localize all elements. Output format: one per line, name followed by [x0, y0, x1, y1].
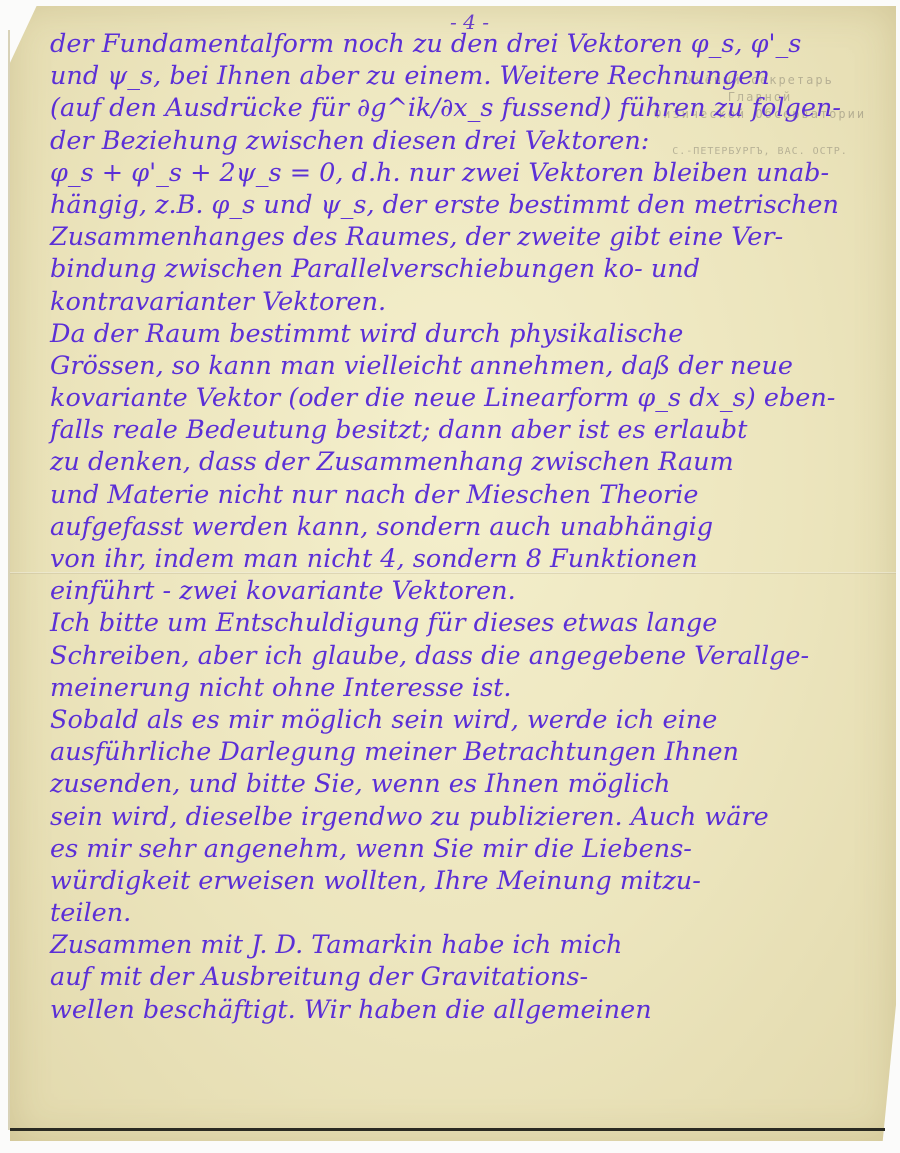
text-line: zu denken, dass der Zusammenhang zwische…: [50, 446, 890, 478]
text-line: der Beziehung zwischen diesen drei Vekto…: [50, 125, 890, 157]
text-line: sein wird, dieselbe irgendwo zu publizie…: [50, 801, 890, 833]
text-line: kontravarianter Vektoren.: [50, 286, 890, 318]
text-line: ausführliche Darlegung meiner Betrachtun…: [50, 736, 890, 768]
text-line: hängig, z.B. φ_s und ψ_s, der erste best…: [50, 189, 890, 221]
text-line: falls reale Bedeutung besitzt; dann aber…: [50, 414, 890, 446]
text-line: Schreiben, aber ich glaube, dass die ang…: [50, 640, 890, 672]
text-line: Zusammen mit J. D. Tamarkin habe ich mic…: [50, 929, 890, 961]
text-line: und ψ_s, bei Ihnen aber zu einem. Weiter…: [50, 60, 890, 92]
text-line: kovariante Vektor (oder die neue Linearf…: [50, 382, 890, 414]
text-line: bindung zwischen Parallelverschiebungen …: [50, 253, 890, 285]
text-line: Zusammenhanges des Raumes, der zweite gi…: [50, 221, 890, 253]
letter-body: der Fundamentalform noch zu den drei Vek…: [50, 28, 890, 1026]
text-line: würdigkeit erweisen wollten, Ihre Meinun…: [50, 865, 890, 897]
text-line: es mir sehr angenehm, wenn Sie mir die L…: [50, 833, 890, 865]
text-line: wellen beschäftigt. Wir haben die allgem…: [50, 994, 890, 1026]
text-line: zusenden, und bitte Sie, wenn es Ihnen m…: [50, 768, 890, 800]
paper-edge-bottom: [10, 1128, 885, 1131]
text-line: Ich bitte um Entschuldigung für dieses e…: [50, 607, 890, 639]
text-line: teilen.: [50, 897, 890, 929]
text-line: von ihr, indem man nicht 4, sondern 8 Fu…: [50, 543, 890, 575]
text-line: und Materie nicht nur nach der Mieschen …: [50, 479, 890, 511]
text-line: der Fundamentalform noch zu den drei Vek…: [50, 28, 890, 60]
text-line: meinerung nicht ohne Interesse ist.: [50, 672, 890, 704]
text-line: Grössen, so kann man vielleicht annehmen…: [50, 350, 890, 382]
text-line: Sobald als es mir möglich sein wird, wer…: [50, 704, 890, 736]
paper-edge-left: [8, 30, 10, 1130]
text-line: auf mit der Ausbreitung der Gravitations…: [50, 961, 890, 993]
text-line: einführt - zwei kovariante Vektoren.: [50, 575, 890, 607]
text-line: Da der Raum bestimmt wird durch physikal…: [50, 318, 890, 350]
text-line: φ_s + φ'_s + 2ψ_s = 0, d.h. nur zwei Vek…: [50, 157, 890, 189]
text-line: aufgefasst werden kann, sondern auch una…: [50, 511, 890, 543]
text-line: (auf den Ausdrücke für ∂g^ik/∂x_s fussen…: [50, 92, 890, 124]
